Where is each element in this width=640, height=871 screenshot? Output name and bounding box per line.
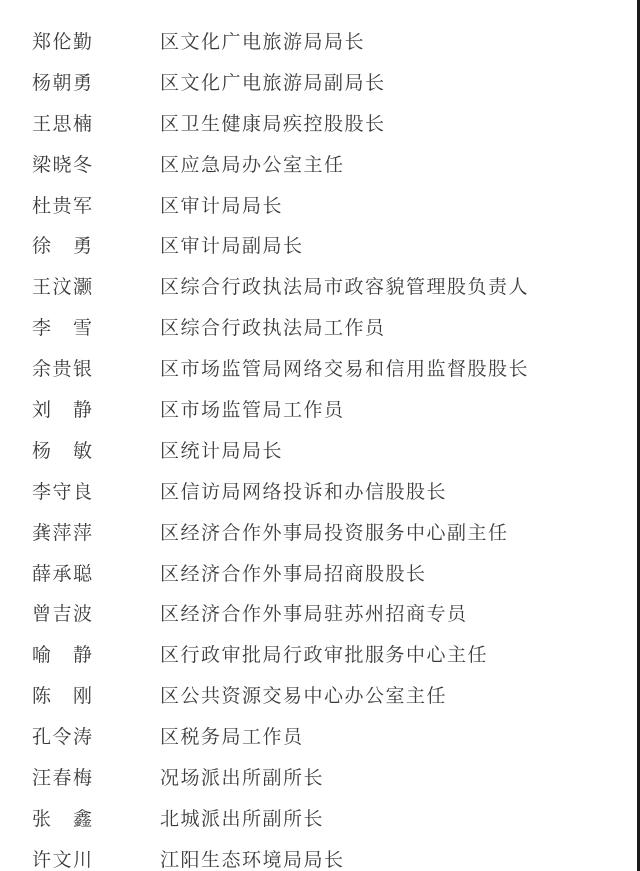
person-name: 杨 敏 (32, 436, 160, 463)
personnel-list: 郑伦勤区文化广电旅游局局长 杨朝勇区文化广电旅游局副局长 王思楠区卫生健康局疾控… (32, 20, 529, 871)
list-item: 李 雪区综合行政执法局工作员 (32, 306, 529, 347)
document-page: 郑伦勤区文化广电旅游局局长 杨朝勇区文化广电旅游局副局长 王思楠区卫生健康局疾控… (0, 0, 637, 871)
list-item: 梁晓冬区应急局办公室主任 (32, 143, 529, 184)
list-item: 王思楠区卫生健康局疾控股股长 (32, 102, 529, 143)
person-position: 区税务局工作员 (160, 722, 304, 749)
list-item: 曾吉波区经济合作外事局驻苏州招商专员 (32, 592, 529, 633)
person-position: 区经济合作外事局驻苏州招商专员 (160, 599, 468, 626)
person-name: 孔令涛 (32, 722, 160, 749)
person-name: 杜贵军 (32, 191, 160, 218)
person-position: 况场派出所副所长 (160, 763, 324, 790)
person-position: 区统计局局长 (160, 436, 283, 463)
person-position: 区应急局办公室主任 (160, 150, 345, 177)
person-position: 区文化广电旅游局副局长 (160, 68, 386, 95)
person-position: 区市场监管局网络交易和信用监督股股长 (160, 354, 529, 381)
person-name: 王思楠 (32, 109, 160, 136)
person-name: 许文川 (32, 845, 160, 871)
person-name: 薛承聪 (32, 559, 160, 586)
list-item: 王汶灏区综合行政执法局市政容貌管理股负责人 (32, 265, 529, 306)
person-name: 汪春梅 (32, 763, 160, 790)
person-position: 区经济合作外事局投资服务中心副主任 (160, 518, 509, 545)
person-position: 区公共资源交易中心办公室主任 (160, 681, 447, 708)
list-item: 许文川江阳生态环境局局长 (32, 838, 529, 871)
person-name: 王汶灏 (32, 272, 160, 299)
list-item: 陈 刚区公共资源交易中心办公室主任 (32, 674, 529, 715)
person-name: 曾吉波 (32, 599, 160, 626)
list-item: 余贵银区市场监管局网络交易和信用监督股股长 (32, 347, 529, 388)
list-item: 杜贵军区审计局局长 (32, 184, 529, 225)
person-position: 区综合行政执法局市政容貌管理股负责人 (160, 272, 529, 299)
person-position: 区综合行政执法局工作员 (160, 313, 386, 340)
list-item: 李守良区信访局网络投诉和办信股股长 (32, 470, 529, 511)
person-name: 李 雪 (32, 313, 160, 340)
list-item: 徐 勇区审计局副局长 (32, 224, 529, 265)
person-position: 区审计局副局长 (160, 231, 304, 258)
person-position: 区信访局网络投诉和办信股股长 (160, 477, 447, 504)
person-name: 徐 勇 (32, 231, 160, 258)
list-item: 龚萍萍区经济合作外事局投资服务中心副主任 (32, 511, 529, 552)
person-name: 龚萍萍 (32, 518, 160, 545)
list-item: 刘 静区市场监管局工作员 (32, 388, 529, 429)
list-item: 郑伦勤区文化广电旅游局局长 (32, 20, 529, 61)
person-position: 区经济合作外事局招商股股长 (160, 559, 427, 586)
person-position: 区文化广电旅游局局长 (160, 27, 365, 54)
list-item: 杨 敏区统计局局长 (32, 429, 529, 470)
person-position: 江阳生态环境局局长 (160, 845, 345, 871)
person-name: 李守良 (32, 477, 160, 504)
list-item: 汪春梅况场派出所副所长 (32, 756, 529, 797)
person-name: 张 鑫 (32, 804, 160, 831)
list-item: 薛承聪区经济合作外事局招商股股长 (32, 552, 529, 593)
person-position: 北城派出所副所长 (160, 804, 324, 831)
list-item: 杨朝勇区文化广电旅游局副局长 (32, 61, 529, 102)
person-position: 区行政审批局行政审批服务中心主任 (160, 640, 488, 667)
person-name: 刘 静 (32, 395, 160, 422)
person-name: 余贵银 (32, 354, 160, 381)
person-position: 区审计局局长 (160, 191, 283, 218)
list-item: 张 鑫北城派出所副所长 (32, 797, 529, 838)
person-name: 梁晓冬 (32, 150, 160, 177)
list-item: 喻 静区行政审批局行政审批服务中心主任 (32, 633, 529, 674)
person-name: 喻 静 (32, 640, 160, 667)
person-name: 郑伦勤 (32, 27, 160, 54)
person-name: 陈 刚 (32, 681, 160, 708)
list-item: 孔令涛区税务局工作员 (32, 715, 529, 756)
person-position: 区市场监管局工作员 (160, 395, 345, 422)
person-name: 杨朝勇 (32, 68, 160, 95)
person-position: 区卫生健康局疾控股股长 (160, 109, 386, 136)
